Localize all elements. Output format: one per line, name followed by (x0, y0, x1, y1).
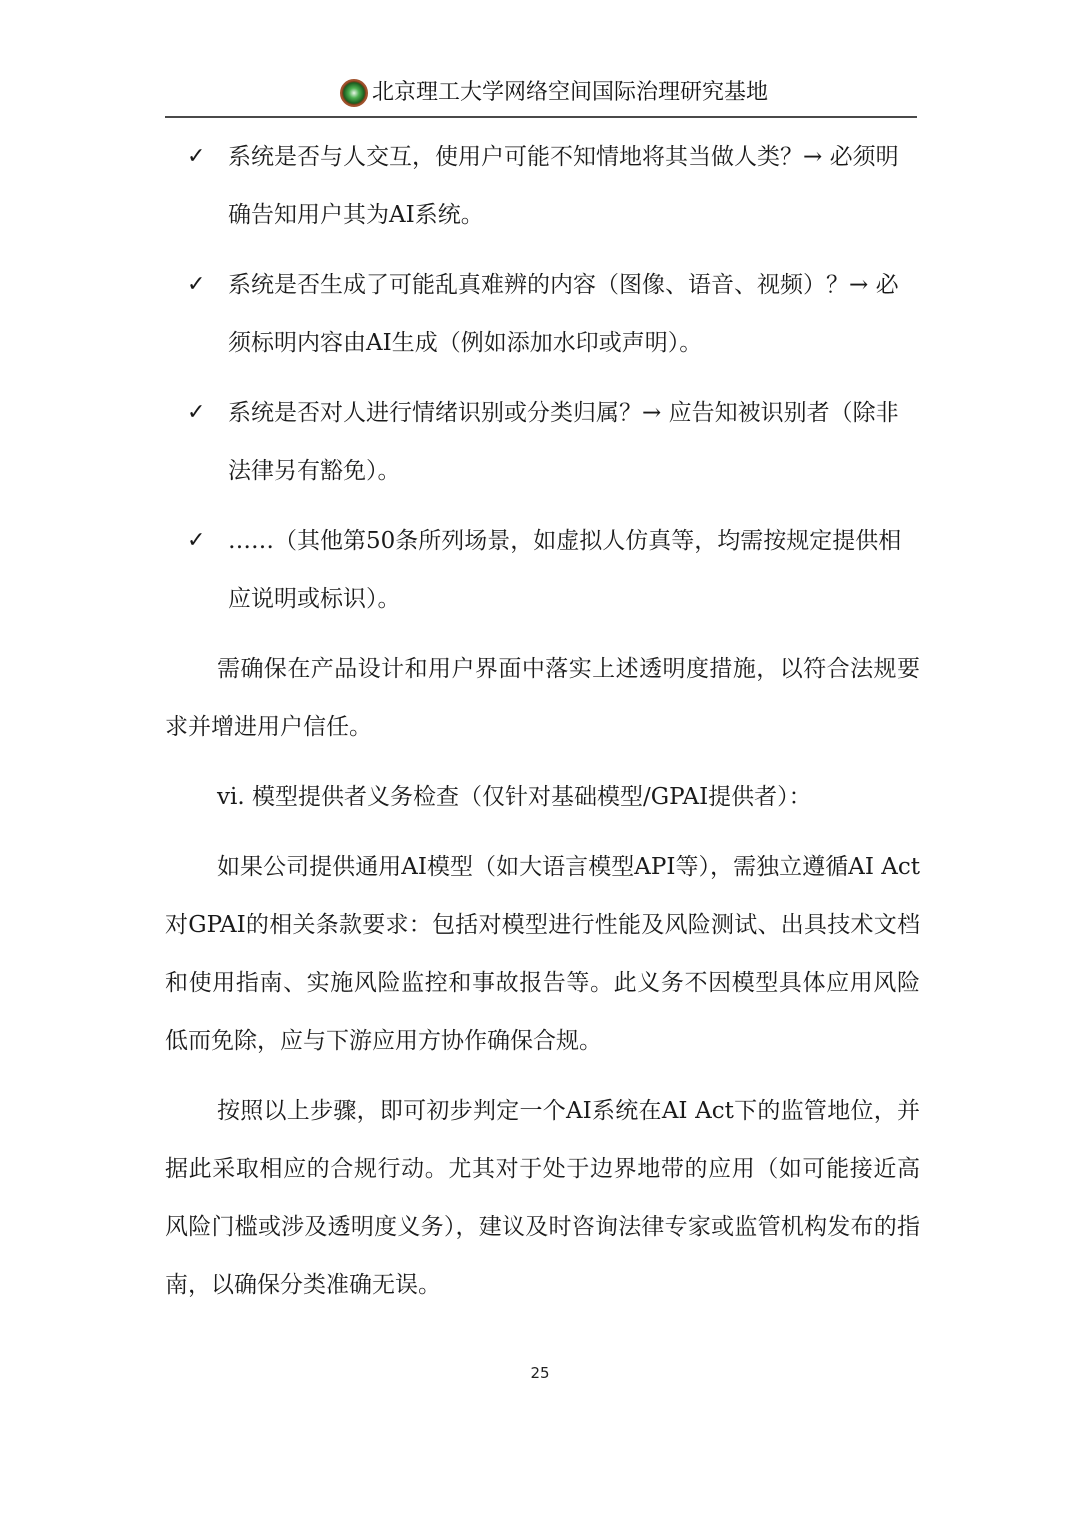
checkmark-icon: ✓ (187, 512, 205, 570)
checklist-item: ✓ 系统是否生成了可能乱真难辨的内容（图像、语音、视频）？→ 必须标明内容由AI… (165, 256, 920, 372)
checklist-item: ✓ 系统是否与人交互，使用户可能不知情地将其当做人类？→ 必须明确告知用户其为A… (165, 128, 920, 244)
checkmark-icon: ✓ (187, 256, 205, 314)
checklist-item: ✓ 系统是否对人进行情绪识别或分类归属？→ 应告知被识别者（除非法律另有豁免）。 (165, 384, 920, 500)
checklist-item-text: ……（其他第50条所列场景，如虚拟人仿真等，均需按规定提供相应说明或标识）。 (228, 528, 901, 612)
checkmark-icon: ✓ (187, 384, 205, 442)
checklist-item-text: 系统是否生成了可能乱真难辨的内容（图像、语音、视频）？→ 必须标明内容由AI生成… (228, 272, 899, 356)
checklist-item-text: 系统是否与人交互，使用户可能不知情地将其当做人类？→ 必须明确告知用户其为AI系… (228, 144, 899, 228)
university-emblem-icon (340, 79, 368, 107)
header-title: 北京理工大学网络空间国际治理研究基地 (372, 78, 768, 108)
transparency-summary-paragraph: 需确保在产品设计和用户界面中落实上述透明度措施，以符合法规要求并增进用户信任。 (165, 640, 920, 756)
conclusion-paragraph: 按照以上步骤，即可初步判定一个AI系统在AI Act下的监管地位，并据此采取相应… (165, 1082, 920, 1314)
page-header: 北京理工大学网络空间国际治理研究基地 (165, 72, 917, 118)
gpai-obligations-paragraph: 如果公司提供通用AI模型（如大语言模型API等），需独立遵循AI Act对GPA… (165, 838, 920, 1070)
section-heading: vi. 模型提供者义务检查（仅针对基础模型/GPAI提供者）： (165, 768, 920, 826)
document-body: ✓ 系统是否与人交互，使用户可能不知情地将其当做人类？→ 必须明确告知用户其为A… (165, 128, 920, 1326)
checkmark-icon: ✓ (187, 128, 205, 186)
checklist-item-text: 系统是否对人进行情绪识别或分类归属？→ 应告知被识别者（除非法律另有豁免）。 (228, 400, 899, 484)
page-number: 25 (0, 1364, 1080, 1382)
header-brand: 北京理工大学网络空间国际治理研究基地 (340, 78, 768, 108)
checklist-item: ✓ ……（其他第50条所列场景，如虚拟人仿真等，均需按规定提供相应说明或标识）。 (165, 512, 920, 628)
